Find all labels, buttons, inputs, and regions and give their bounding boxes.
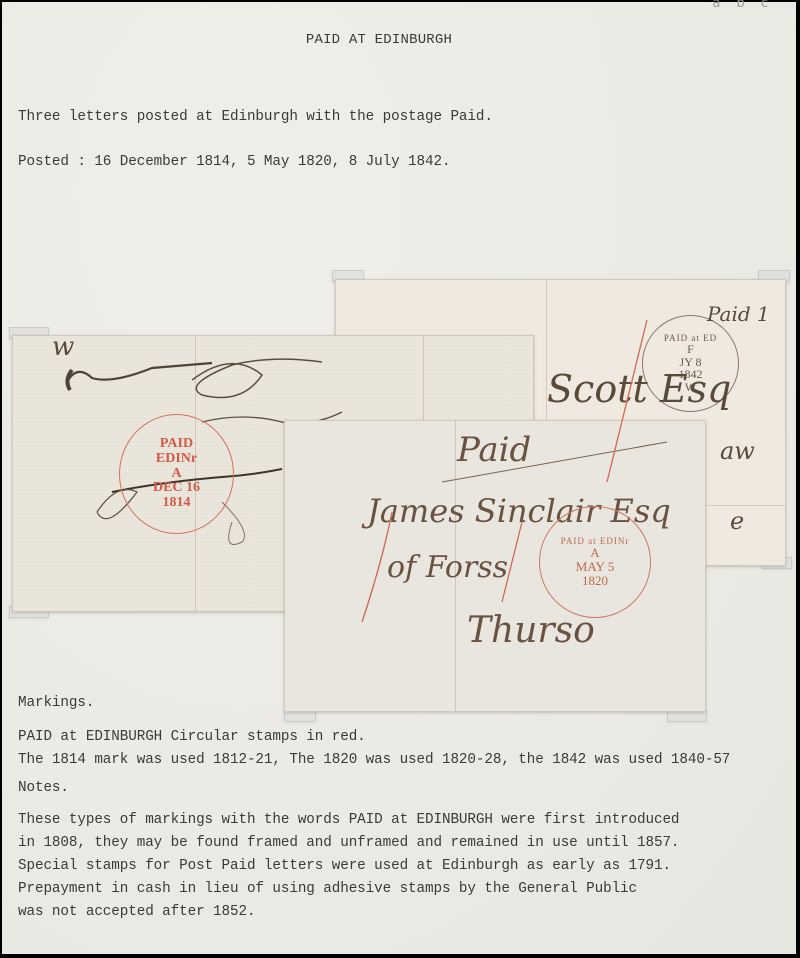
album-page: a b c PAID AT EDINBURGH Three letters po… xyxy=(2,2,796,954)
markings-line: PAID at EDINBURGH Circular stamps in red… xyxy=(18,729,366,745)
handwriting-line: aw xyxy=(720,437,755,465)
notes-line: Special stamps for Post Paid letters wer… xyxy=(18,858,671,874)
notes-line: These types of markings with the words P… xyxy=(18,812,679,828)
handwriting-town: Thurso xyxy=(467,610,595,651)
postmark-1820: PAID at EDINr A MAY 5 1820 xyxy=(539,506,651,618)
handwriting-address-line: of Forss xyxy=(387,550,508,585)
notes-line: was not accepted after 1852. xyxy=(18,904,255,920)
posted-dates: Posted : 16 December 1814, 5 May 1820, 8… xyxy=(18,154,450,170)
handwriting-top: w xyxy=(52,332,74,362)
page-title: PAID AT EDINBURGH xyxy=(2,32,756,48)
handwriting-line: e xyxy=(730,507,744,535)
notes-line: in 1808, they may be found framed and un… xyxy=(18,835,679,851)
markings-heading: Markings. xyxy=(18,695,94,711)
markings-line: The 1814 mark was used 1812-21, The 1820… xyxy=(18,752,730,768)
postmark-1814: PAID EDINr A DEC 16 1814 xyxy=(119,414,234,534)
handwriting-address: Scott Esq xyxy=(547,367,731,411)
handwriting-paid: Paid 1 xyxy=(707,302,770,326)
notes-heading: Notes. xyxy=(18,780,69,796)
corner-pencil-note: a b c xyxy=(712,0,774,11)
intro-text: Three letters posted at Edinburgh with t… xyxy=(18,109,493,125)
notes-line: Prepayment in cash in lieu of using adhe… xyxy=(18,881,637,897)
handwriting-paid: Paid xyxy=(457,430,531,470)
